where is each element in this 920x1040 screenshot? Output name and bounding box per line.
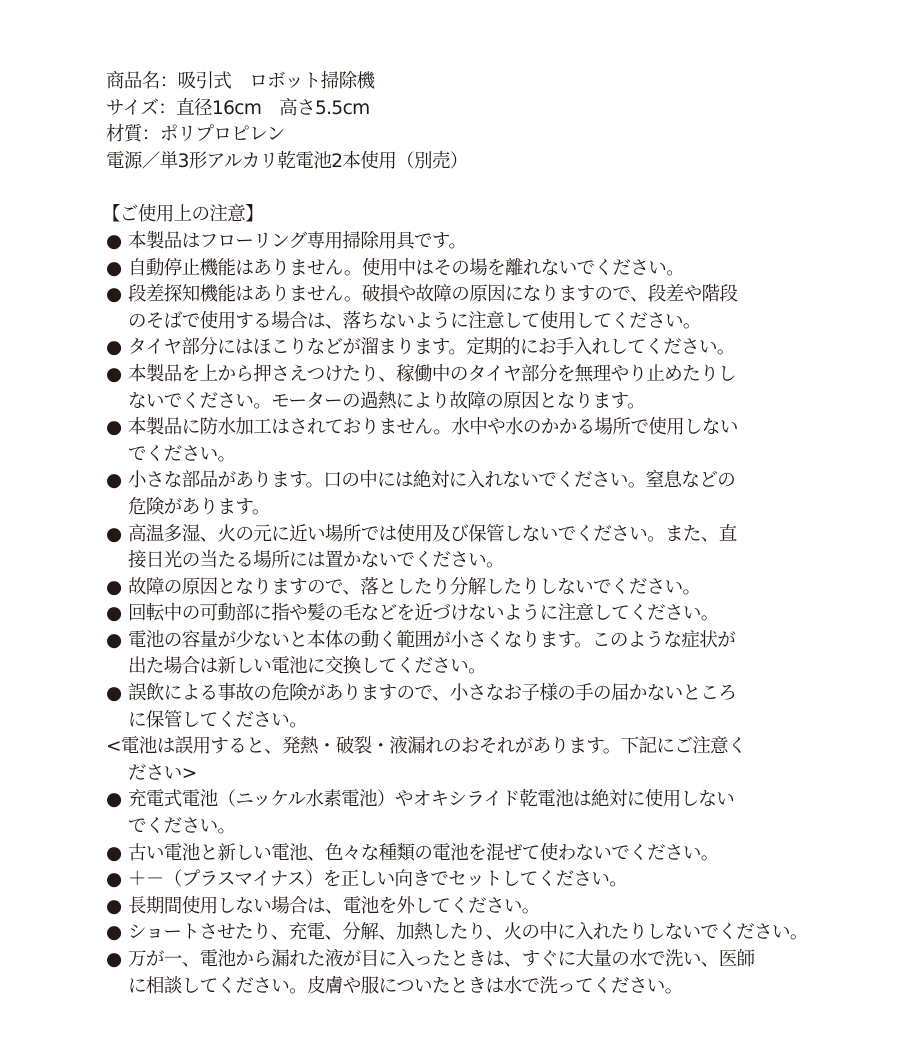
caution-line: 本製品はフローリング専用掃除用具です。 <box>128 229 826 256</box>
caution-text: 高温多湿、火の元に近い場所では使用及び保管しないでください。また、直接日光の当た… <box>106 522 826 575</box>
caution-line: でください。 <box>128 814 826 841</box>
caution-line: ショートさせたり、充電、分解、加熱したり、火の中に入れたりしないでください。 <box>128 920 826 947</box>
bullet-icon: ● <box>106 601 122 628</box>
caution-line: のそばで使用する場合は、落ちないように注意して使用してください。 <box>128 309 826 336</box>
caution-item: ●ショートさせたり、充電、分解、加熱したり、火の中に入れたりしないでください。 <box>106 920 826 947</box>
caution-item: ●自動停止機能はありません。使用中はその場を離れないでください。 <box>106 256 826 283</box>
caution-line: 出た場合は新しい電池に交換してください。 <box>128 654 826 681</box>
caution-line: ＋－（プラスマイナス）を正しい向きでセットしてください。 <box>128 867 826 894</box>
bullet-icon: ● <box>106 256 122 283</box>
caution-line: 段差探知機能はありません。破損や故障の原因になりますので、段差や階段 <box>128 282 826 309</box>
bullet-icon: ● <box>106 362 122 389</box>
battery-note-line: <電池は誤用すると、発熱・破裂・液漏れのおそれがあります。下記にご注意く <box>106 734 826 761</box>
caution-text: ショートさせたり、充電、分解、加熱したり、火の中に入れたりしないでください。 <box>106 920 826 947</box>
caution-heading: 【ご使用上の注意】 <box>102 202 826 229</box>
bullet-icon: ● <box>106 575 122 602</box>
caution-line: 故障の原因となりますので、落としたり分解したりしないでください。 <box>128 575 826 602</box>
caution-item: ●高温多湿、火の元に近い場所では使用及び保管しないでください。また、直接日光の当… <box>106 522 826 575</box>
caution-item: ●長期間使用しない場合は、電池を外してください。 <box>106 894 826 921</box>
caution-item: ●本製品を上から押さえつけたり、稼働中のタイヤ部分を無理やり止めたりしないでくだ… <box>106 362 826 415</box>
caution-text: 充電式電池（ニッケル水素電池）やオキシライド乾電池は絶対に使用しないでください。 <box>106 787 826 840</box>
bullet-icon: ● <box>106 841 122 868</box>
caution-line: でください。 <box>128 442 826 469</box>
bullet-icon: ● <box>106 894 122 921</box>
caution-item: ●＋－（プラスマイナス）を正しい向きでセットしてください。 <box>106 867 826 894</box>
caution-line: 長期間使用しない場合は、電池を外してください。 <box>128 894 826 921</box>
caution-line: 自動停止機能はありません。使用中はその場を離れないでください。 <box>128 256 826 283</box>
caution-item: ●充電式電池（ニッケル水素電池）やオキシライド乾電池は絶対に使用しないでください… <box>106 787 826 840</box>
caution-line: に相談してください。皮膚や服についたときは水で洗ってください。 <box>128 974 826 1001</box>
caution-section: 【ご使用上の注意】 ●本製品はフローリング専用掃除用具です。●自動停止機能はあり… <box>106 202 826 734</box>
caution-item: ●故障の原因となりますので、落としたり分解したりしないでください。 <box>106 575 826 602</box>
caution-item: ●本製品はフローリング専用掃除用具です。 <box>106 229 826 256</box>
bullet-icon: ● <box>106 282 122 309</box>
bullet-icon: ● <box>106 468 122 495</box>
bullet-icon: ● <box>106 867 122 894</box>
caution-text: 自動停止機能はありません。使用中はその場を離れないでください。 <box>106 256 826 283</box>
caution-text: 長期間使用しない場合は、電池を外してください。 <box>106 894 826 921</box>
caution-text: タイヤ部分にはほこりなどが溜まります。定期的にお手入れしてください。 <box>106 335 826 362</box>
caution-text: 本製品はフローリング専用掃除用具です。 <box>106 229 826 256</box>
caution-text: ＋－（プラスマイナス）を正しい向きでセットしてください。 <box>106 867 826 894</box>
caution-line: 本製品に防水加工はされておりません。水中や水のかかる場所で使用しない <box>128 415 826 442</box>
caution-text: 本製品に防水加工はされておりません。水中や水のかかる場所で使用しないでください。 <box>106 415 826 468</box>
caution-text: 段差探知機能はありません。破損や故障の原因になりますので、段差や階段のそばで使用… <box>106 282 826 335</box>
caution-list: ●本製品はフローリング専用掃除用具です。●自動停止機能はありません。使用中はその… <box>106 229 826 734</box>
caution-item: ●タイヤ部分にはほこりなどが溜まります。定期的にお手入れしてください。 <box>106 335 826 362</box>
caution-text: 故障の原因となりますので、落としたり分解したりしないでください。 <box>106 575 826 602</box>
battery-list: ●充電式電池（ニッケル水素電池）やオキシライド乾電池は絶対に使用しないでください… <box>106 787 826 1000</box>
caution-line: 誤飲による事故の危険がありますので、小さなお子様の手の届かないところ <box>128 681 826 708</box>
caution-item: ●電池の容量が少ないと本体の動く範囲が小さくなります。このような症状が出た場合は… <box>106 628 826 681</box>
caution-line: 小さな部品があります。口の中には絶対に入れないでください。窒息などの <box>128 468 826 495</box>
spec-section: 商品名：吸引式 ロボット掃除機 サイズ：直径16cm 高さ5.5cm 材質：ポリ… <box>106 69 826 175</box>
caution-text: 誤飲による事故の危険がありますので、小さなお子様の手の届かないところに保管してく… <box>106 681 826 734</box>
bullet-icon: ● <box>106 920 122 947</box>
caution-line: 本製品を上から押さえつけたり、稼働中のタイヤ部分を無理やり止めたりし <box>128 362 826 389</box>
caution-line: 古い電池と新しい電池、色々な種類の電池を混ぜて使わないでください。 <box>128 841 826 868</box>
bullet-icon: ● <box>106 628 122 655</box>
caution-text: 電池の容量が少ないと本体の動く範囲が小さくなります。このような症状が出た場合は新… <box>106 628 826 681</box>
caution-line: 危険があります。 <box>128 495 826 522</box>
caution-line: 万が一、電池から漏れた液が目に入ったときは、すぐに大量の水で洗い、医師 <box>128 947 826 974</box>
caution-item: ●古い電池と新しい電池、色々な種類の電池を混ぜて使わないでください。 <box>106 841 826 868</box>
bullet-icon: ● <box>106 229 122 256</box>
caution-item: ●段差探知機能はありません。破損や故障の原因になりますので、段差や階段のそばで使… <box>106 282 826 335</box>
caution-line: 電池の容量が少ないと本体の動く範囲が小さくなります。このような症状が <box>128 628 826 655</box>
product-info-document: 商品名：吸引式 ロボット掃除機 サイズ：直径16cm 高さ5.5cm 材質：ポリ… <box>106 69 826 1000</box>
battery-note-line: ださい> <box>106 761 826 788</box>
caution-line: ないでください。モーターの過熱により故障の原因となります。 <box>128 389 826 416</box>
caution-item: ●小さな部品があります。口の中には絶対に入れないでください。窒息などの危険があり… <box>106 468 826 521</box>
bullet-icon: ● <box>106 415 122 442</box>
product-size: サイズ：直径16cm 高さ5.5cm <box>106 96 826 123</box>
product-name: 商品名：吸引式 ロボット掃除機 <box>106 69 826 96</box>
caution-line: に保管してください。 <box>128 708 826 735</box>
caution-text: 本製品を上から押さえつけたり、稼働中のタイヤ部分を無理やり止めたりしないでくださ… <box>106 362 826 415</box>
bullet-icon: ● <box>106 947 122 974</box>
caution-line: 回転中の可動部に指や髪の毛などを近づけないように注意してください。 <box>128 601 826 628</box>
bullet-icon: ● <box>106 787 122 814</box>
battery-warning-note: <電池は誤用すると、発熱・破裂・液漏れのおそれがあります。下記にご注意く ださい… <box>106 734 826 787</box>
caution-line: 充電式電池（ニッケル水素電池）やオキシライド乾電池は絶対に使用しない <box>128 787 826 814</box>
product-power: 電源／単3形アルカリ乾電池2本使用（別売） <box>106 149 826 176</box>
caution-item: ●本製品に防水加工はされておりません。水中や水のかかる場所で使用しないでください… <box>106 415 826 468</box>
bullet-icon: ● <box>106 681 122 708</box>
caution-line: 接日光の当たる場所には置かないでください。 <box>128 548 826 575</box>
battery-section: <電池は誤用すると、発熱・破裂・液漏れのおそれがあります。下記にご注意く ださい… <box>106 734 826 1000</box>
caution-item: ●万が一、電池から漏れた液が目に入ったときは、すぐに大量の水で洗い、医師に相談し… <box>106 947 826 1000</box>
caution-text: 古い電池と新しい電池、色々な種類の電池を混ぜて使わないでください。 <box>106 841 826 868</box>
bullet-icon: ● <box>106 522 122 549</box>
caution-text: 万が一、電池から漏れた液が目に入ったときは、すぐに大量の水で洗い、医師に相談して… <box>106 947 826 1000</box>
product-material: 材質：ポリプロピレン <box>106 122 826 149</box>
section-spacer <box>106 175 826 202</box>
caution-line: タイヤ部分にはほこりなどが溜まります。定期的にお手入れしてください。 <box>128 335 826 362</box>
bullet-icon: ● <box>106 335 122 362</box>
caution-text: 回転中の可動部に指や髪の毛などを近づけないように注意してください。 <box>106 601 826 628</box>
caution-item: ●誤飲による事故の危険がありますので、小さなお子様の手の届かないところに保管して… <box>106 681 826 734</box>
caution-line: 高温多湿、火の元に近い場所では使用及び保管しないでください。また、直 <box>128 522 826 549</box>
caution-item: ●回転中の可動部に指や髪の毛などを近づけないように注意してください。 <box>106 601 826 628</box>
caution-text: 小さな部品があります。口の中には絶対に入れないでください。窒息などの危険がありま… <box>106 468 826 521</box>
